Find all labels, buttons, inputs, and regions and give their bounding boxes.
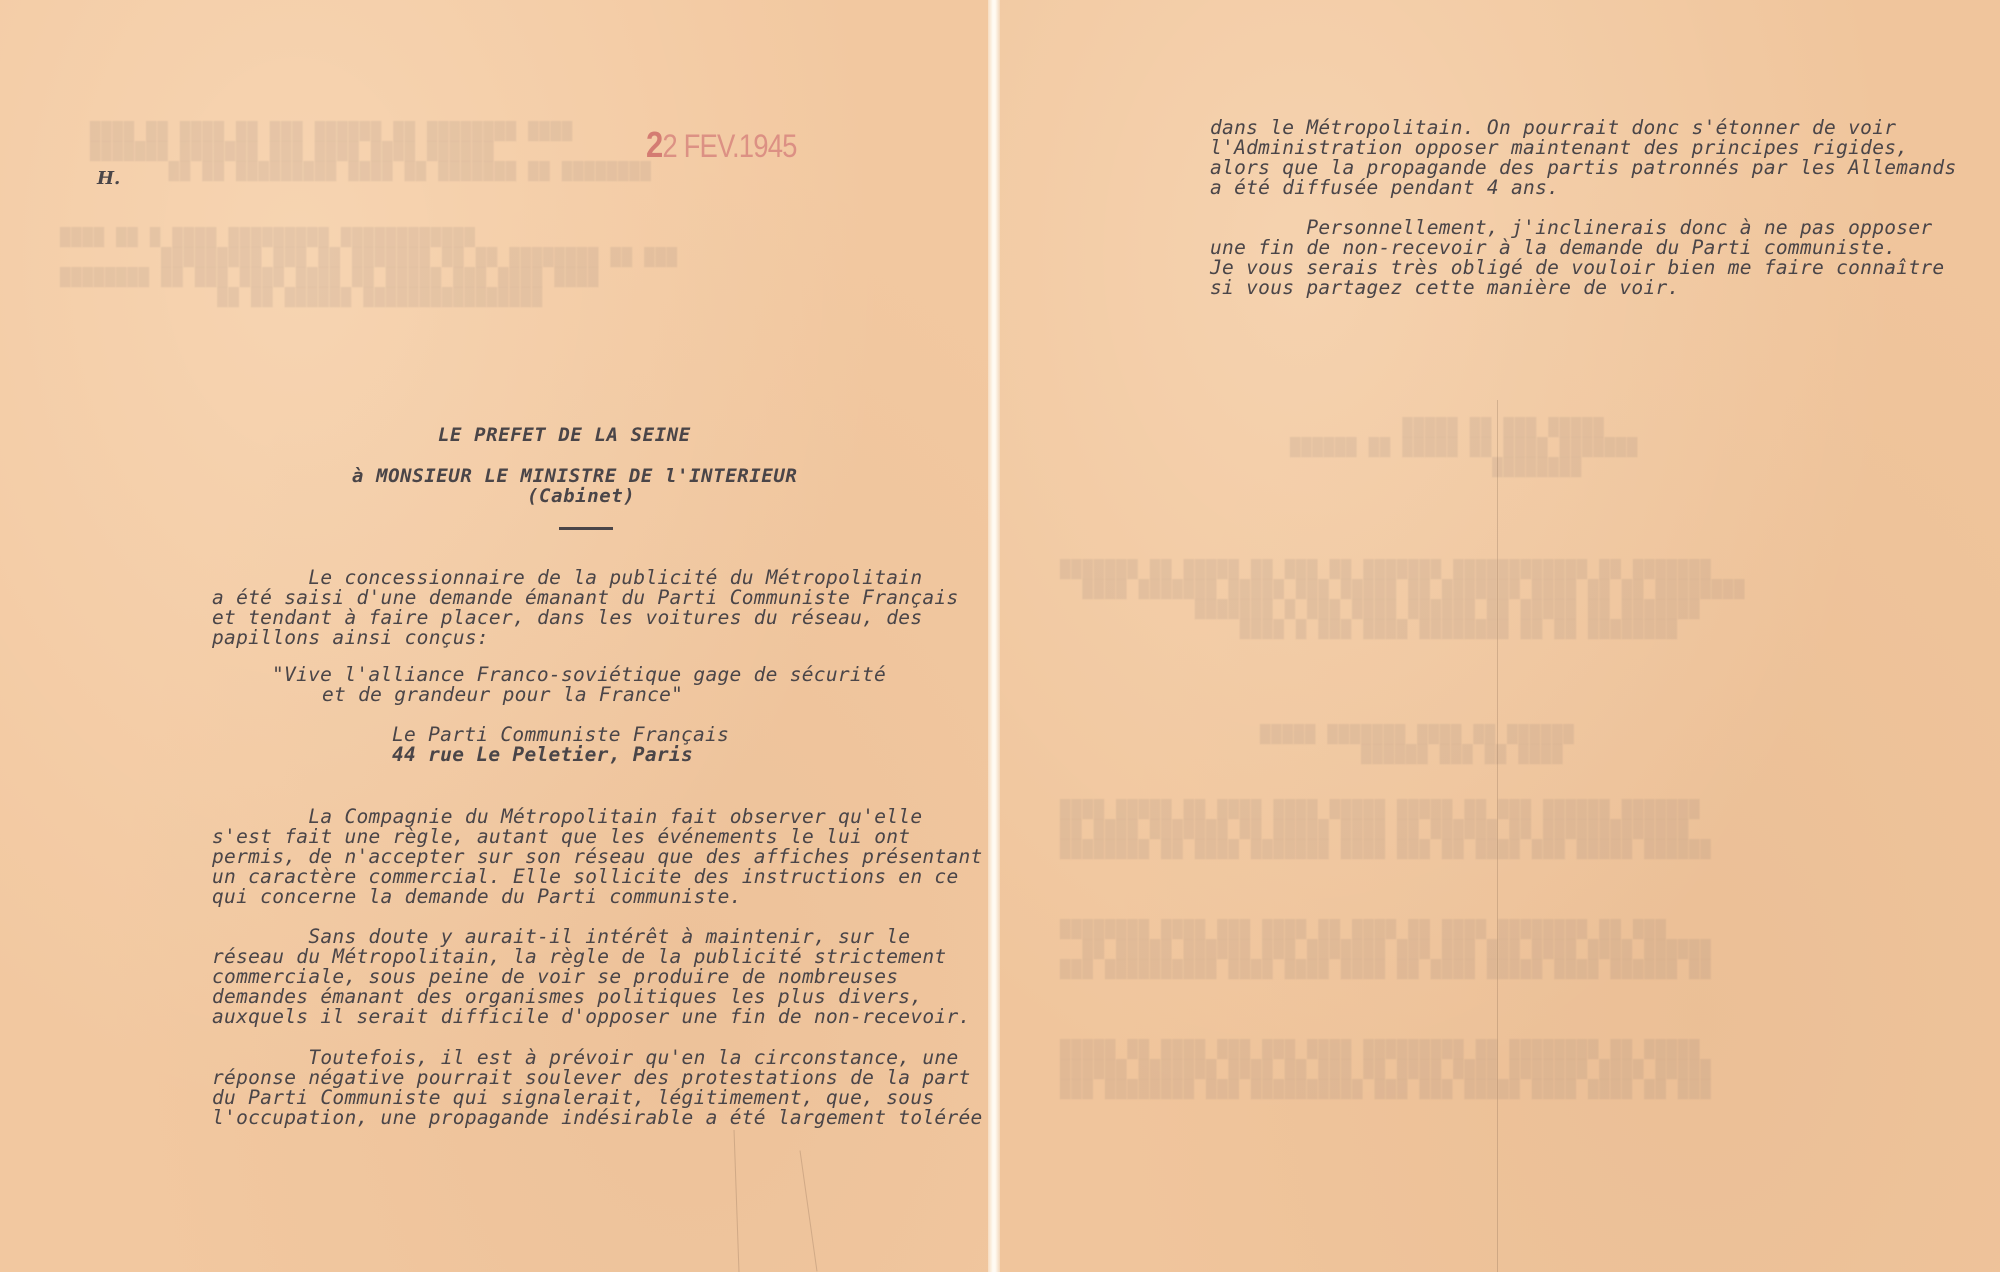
show-through-text: ████ ██ █ ████ █████████ ████████████ ██…: [60, 228, 678, 308]
show-through-text: ████ ██ ████ ██ ███ ██████ ██ ████████ █…: [90, 122, 652, 182]
heading-divider: [559, 527, 613, 530]
show-through-text: ████████ ████ ███ ████ ██ ████ ██ ████ █…: [1060, 920, 1712, 980]
page-gutter: [988, 0, 1000, 1272]
sender-heading: LE PREFET DE LA SEINE: [438, 425, 691, 445]
text-line: et de grandeur pour la France": [322, 685, 683, 706]
date-stamp: 22 FEV.1945: [646, 124, 797, 166]
text-line: a été diffusée pendant 4 ans.: [1210, 178, 1559, 199]
date-stamp-rest: 2 FEV.1945: [662, 128, 796, 164]
text-line: papillons ainsi conçus:: [212, 628, 489, 649]
date-stamp-day-digit: 2: [646, 124, 662, 165]
right-page: █████ ██ ███ █████ ██████ ██ █████ ██ ██…: [1000, 0, 2000, 1272]
recipient-sub-heading: (Cabinet): [527, 486, 635, 506]
paper-crease: [734, 1130, 740, 1272]
text-line: si vous partagez cette manière de voir.: [1210, 278, 1680, 299]
text-line: auxquels il serait difficile d'opposer u…: [212, 1007, 971, 1028]
paper-crease: [800, 1151, 818, 1272]
show-through-text: █████ ███████ ████ ██ ██████ ██████ ███ …: [1260, 725, 1575, 765]
left-page: ████ ██ ████ ██ ███ ██████ ██ ████████ █…: [0, 0, 988, 1272]
text-line: qui concerne la demande du Parti communi…: [212, 887, 742, 908]
show-through-text: ████ █████ ██ ████ ████ █████ █████ ██ █…: [1060, 800, 1712, 860]
text-line: 44 rue Le Peletier, Paris: [392, 745, 693, 766]
recipient-heading: à MONSIEUR LE MINISTRE DE l'INTERIEUR: [352, 466, 797, 486]
paper-crease: [1497, 400, 1498, 1272]
show-through-text: █████ ██ ███ █████ ██████ ██ █████ ██ ██…: [1290, 418, 1638, 478]
show-through-text: █████ ██ ████ ███ ███ ████ █████████ ██ …: [1060, 1040, 1712, 1100]
show-through-text: ███████ ██ █████ ██ ███ ██ ███████ █████…: [1060, 560, 1745, 640]
margin-mark: H.: [97, 168, 120, 189]
text-line: l'occupation, une propagande indésirable…: [212, 1108, 983, 1129]
